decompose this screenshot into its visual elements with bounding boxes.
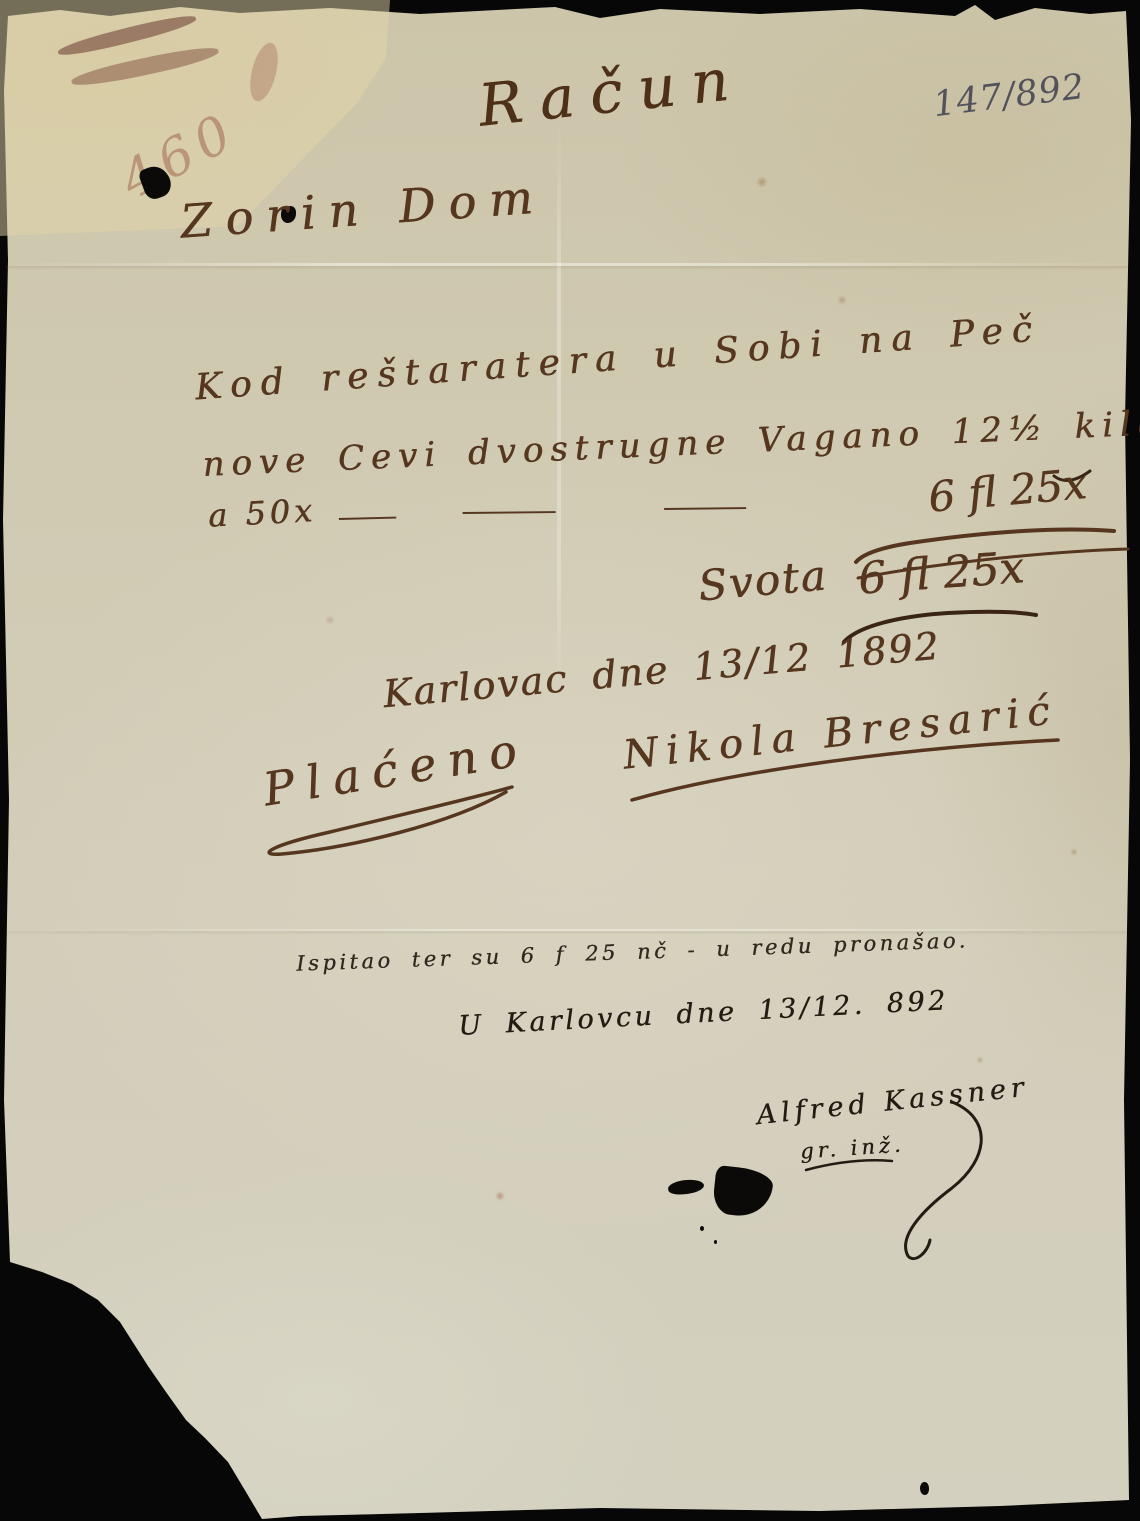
ink-speck: [714, 1240, 717, 1244]
scanner-background: 460 Račun 147/892 Zorin Dom Kod reštarat…: [0, 0, 1140, 1521]
filler-dash: —: [658, 489, 752, 525]
filler-dash: —: [456, 493, 562, 529]
unit-price: a 50x: [207, 491, 317, 535]
filler-dash: —: [334, 498, 401, 535]
paper-hole: [920, 1482, 929, 1495]
ink-speck: [700, 1226, 704, 1231]
